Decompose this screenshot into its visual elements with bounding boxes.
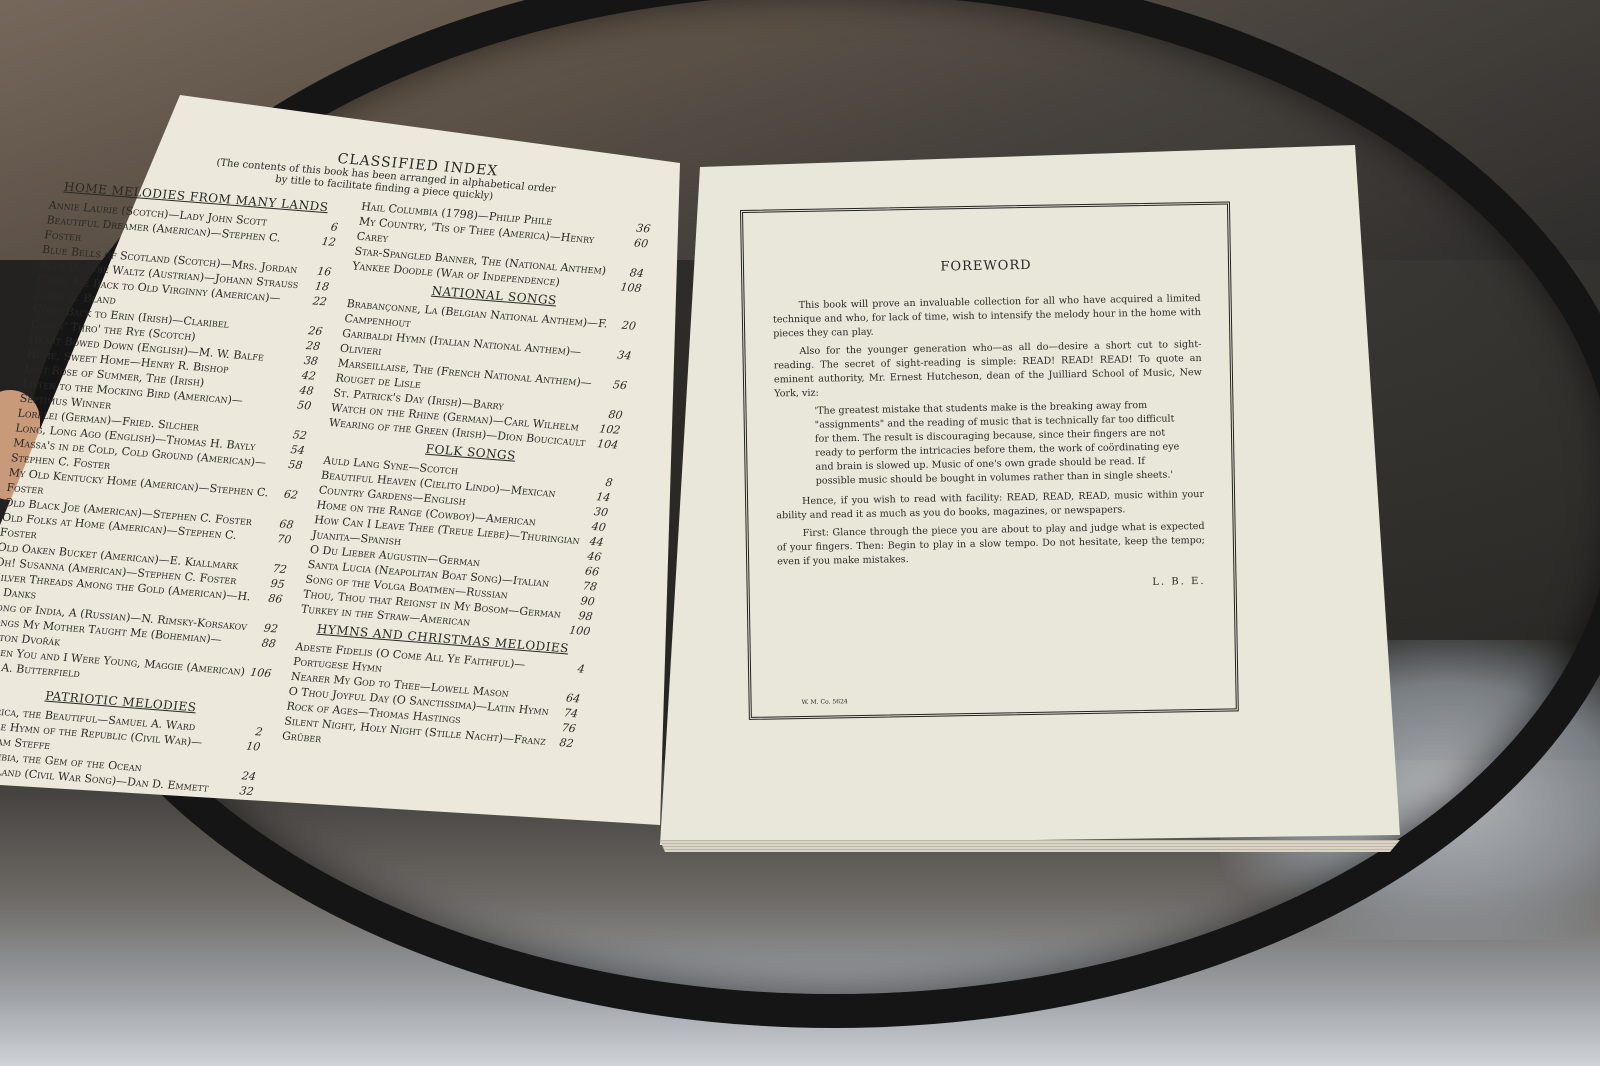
- entry-page: 86: [255, 590, 283, 622]
- foreword-paragraph: Hence, if you wish to read with facility…: [776, 488, 1204, 523]
- entry-page: 20: [609, 317, 637, 349]
- entry-page: 88: [248, 635, 276, 667]
- entry-page: 62: [271, 486, 299, 518]
- book-page-edges: [660, 840, 1400, 852]
- entry-page: 22: [300, 293, 328, 325]
- entry-page: 82: [546, 734, 574, 766]
- foreword-title: FOREWORD: [772, 255, 1200, 277]
- foreword-paragraph: First: Glance through the piece you are …: [777, 520, 1206, 569]
- entry-page: 34: [604, 347, 632, 379]
- foreword-paragraph: This book will prove an invaluable colle…: [773, 292, 1202, 341]
- foreword-paragraph: Also for the younger generation who—as a…: [773, 338, 1202, 401]
- entry-page: 32: [229, 782, 255, 799]
- classified-index: CLASSIFIED INDEX (The contents of this b…: [0, 130, 658, 823]
- publisher-code: W. M. Co. 5624: [802, 698, 848, 706]
- entry-page: 70: [264, 531, 292, 563]
- entry-page: 100: [565, 622, 591, 639]
- entry-page: 4: [557, 660, 585, 692]
- entry-page: 106: [244, 664, 272, 696]
- entry-page: 104: [593, 436, 619, 453]
- photo-scene: CLASSIFIED INDEX (The contents of this b…: [0, 0, 1600, 1066]
- section-entries: Adeste Fidelis (O Come All Ye Faithful)—…: [281, 639, 586, 766]
- section-entries: Auld Lang Syne—Scotch8Beautiful Heaven (…: [300, 453, 614, 639]
- entry-page: 108: [616, 279, 642, 296]
- section-entries: Annie Laurie (Scotch)—Lady John Scott6Be…: [0, 197, 339, 696]
- entry-page: 50: [284, 397, 312, 429]
- entry-page: 12: [308, 233, 336, 265]
- foreword-quote: 'The greatest mistake that students make…: [814, 398, 1183, 488]
- entry-page: 58: [275, 456, 303, 488]
- foreword-signature: L. B. E.: [778, 576, 1206, 594]
- entry-page: 56: [600, 376, 628, 408]
- entry-page: 60: [621, 235, 649, 267]
- entry-page: 10: [233, 738, 261, 770]
- section-entries: Brabançonne, La (Belgian National Anthem…: [328, 296, 637, 453]
- foreword-frame: FOREWORD This book will prove an invalua…: [740, 201, 1239, 719]
